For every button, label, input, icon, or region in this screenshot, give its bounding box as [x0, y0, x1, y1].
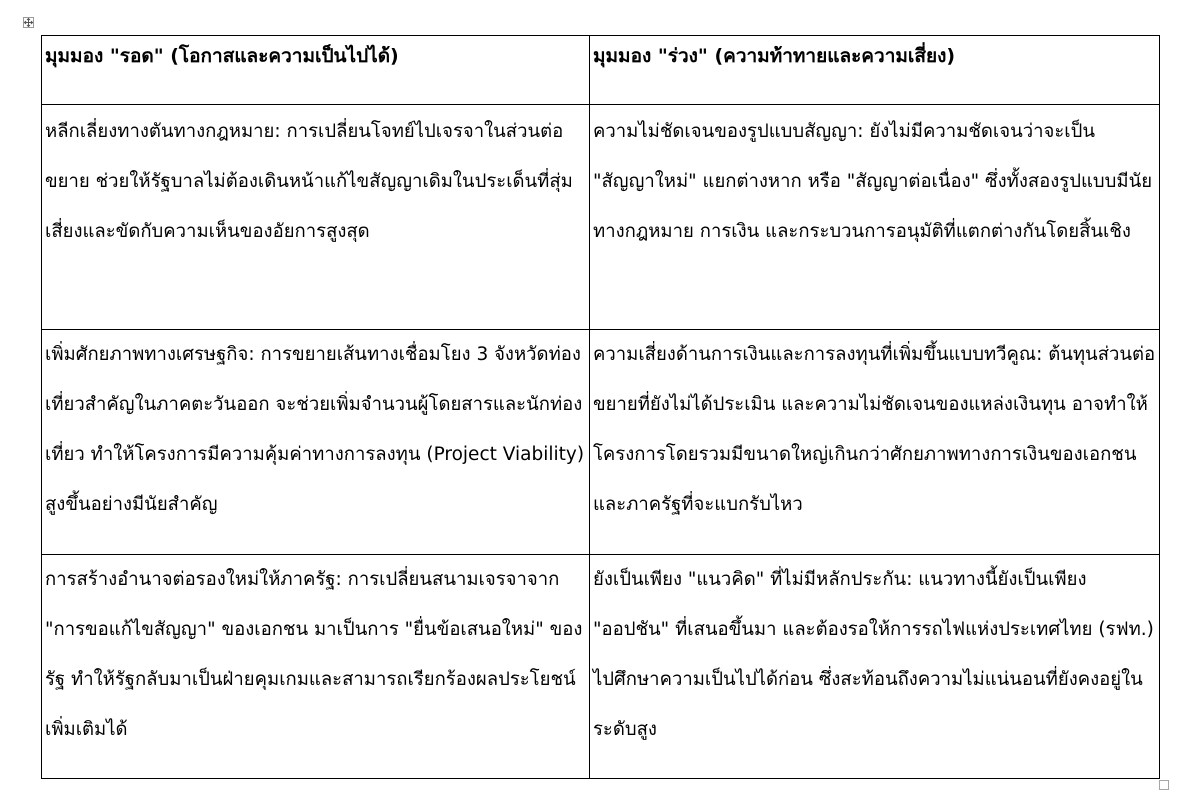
table-row: การสร้างอำนาจต่อรองใหม่ให้ภาครัฐ: การเปล…	[42, 555, 1160, 779]
table-row: เพิ่มศักยภาพทางเศรษฐกิจ: การขยายเส้นทางเ…	[42, 330, 1160, 555]
table-row: หลีกเลี่ยงทางตันทางกฎหมาย: การเปลี่ยนโจท…	[42, 105, 1160, 330]
comparison-table: มุมมอง "รอด" (โอกาสและความเป็นไปได้) มุม…	[41, 35, 1160, 779]
cell-pro-bargaining[interactable]: การสร้างอำนาจต่อรองใหม่ให้ภาครัฐ: การเปล…	[42, 555, 590, 779]
cell-con-concept[interactable]: ยังเป็นเพียง "แนวคิด" ที่ไม่มีหลักประกัน…	[590, 555, 1160, 779]
header-challenges[interactable]: มุมมอง "ร่วง" (ความท้าทายและความเสี่ยง)	[590, 36, 1160, 105]
four-way-arrow-icon	[24, 18, 33, 27]
header-opportunities[interactable]: มุมมอง "รอด" (โอกาสและความเป็นไปได้)	[42, 36, 590, 105]
table-resize-handle[interactable]	[1159, 780, 1169, 790]
cell-con-contract[interactable]: ความไม่ชัดเจนของรูปแบบสัญญา: ยังไม่มีควา…	[590, 105, 1160, 330]
table-move-handle[interactable]	[23, 17, 34, 28]
cell-pro-economic[interactable]: เพิ่มศักยภาพทางเศรษฐกิจ: การขยายเส้นทางเ…	[42, 330, 590, 555]
table-header-row: มุมมอง "รอด" (โอกาสและความเป็นไปได้) มุม…	[42, 36, 1160, 105]
cell-con-financial[interactable]: ความเสี่ยงด้านการเงินและการลงทุนที่เพิ่ม…	[590, 330, 1160, 555]
cell-pro-legal[interactable]: หลีกเลี่ยงทางตันทางกฎหมาย: การเปลี่ยนโจท…	[42, 105, 590, 330]
